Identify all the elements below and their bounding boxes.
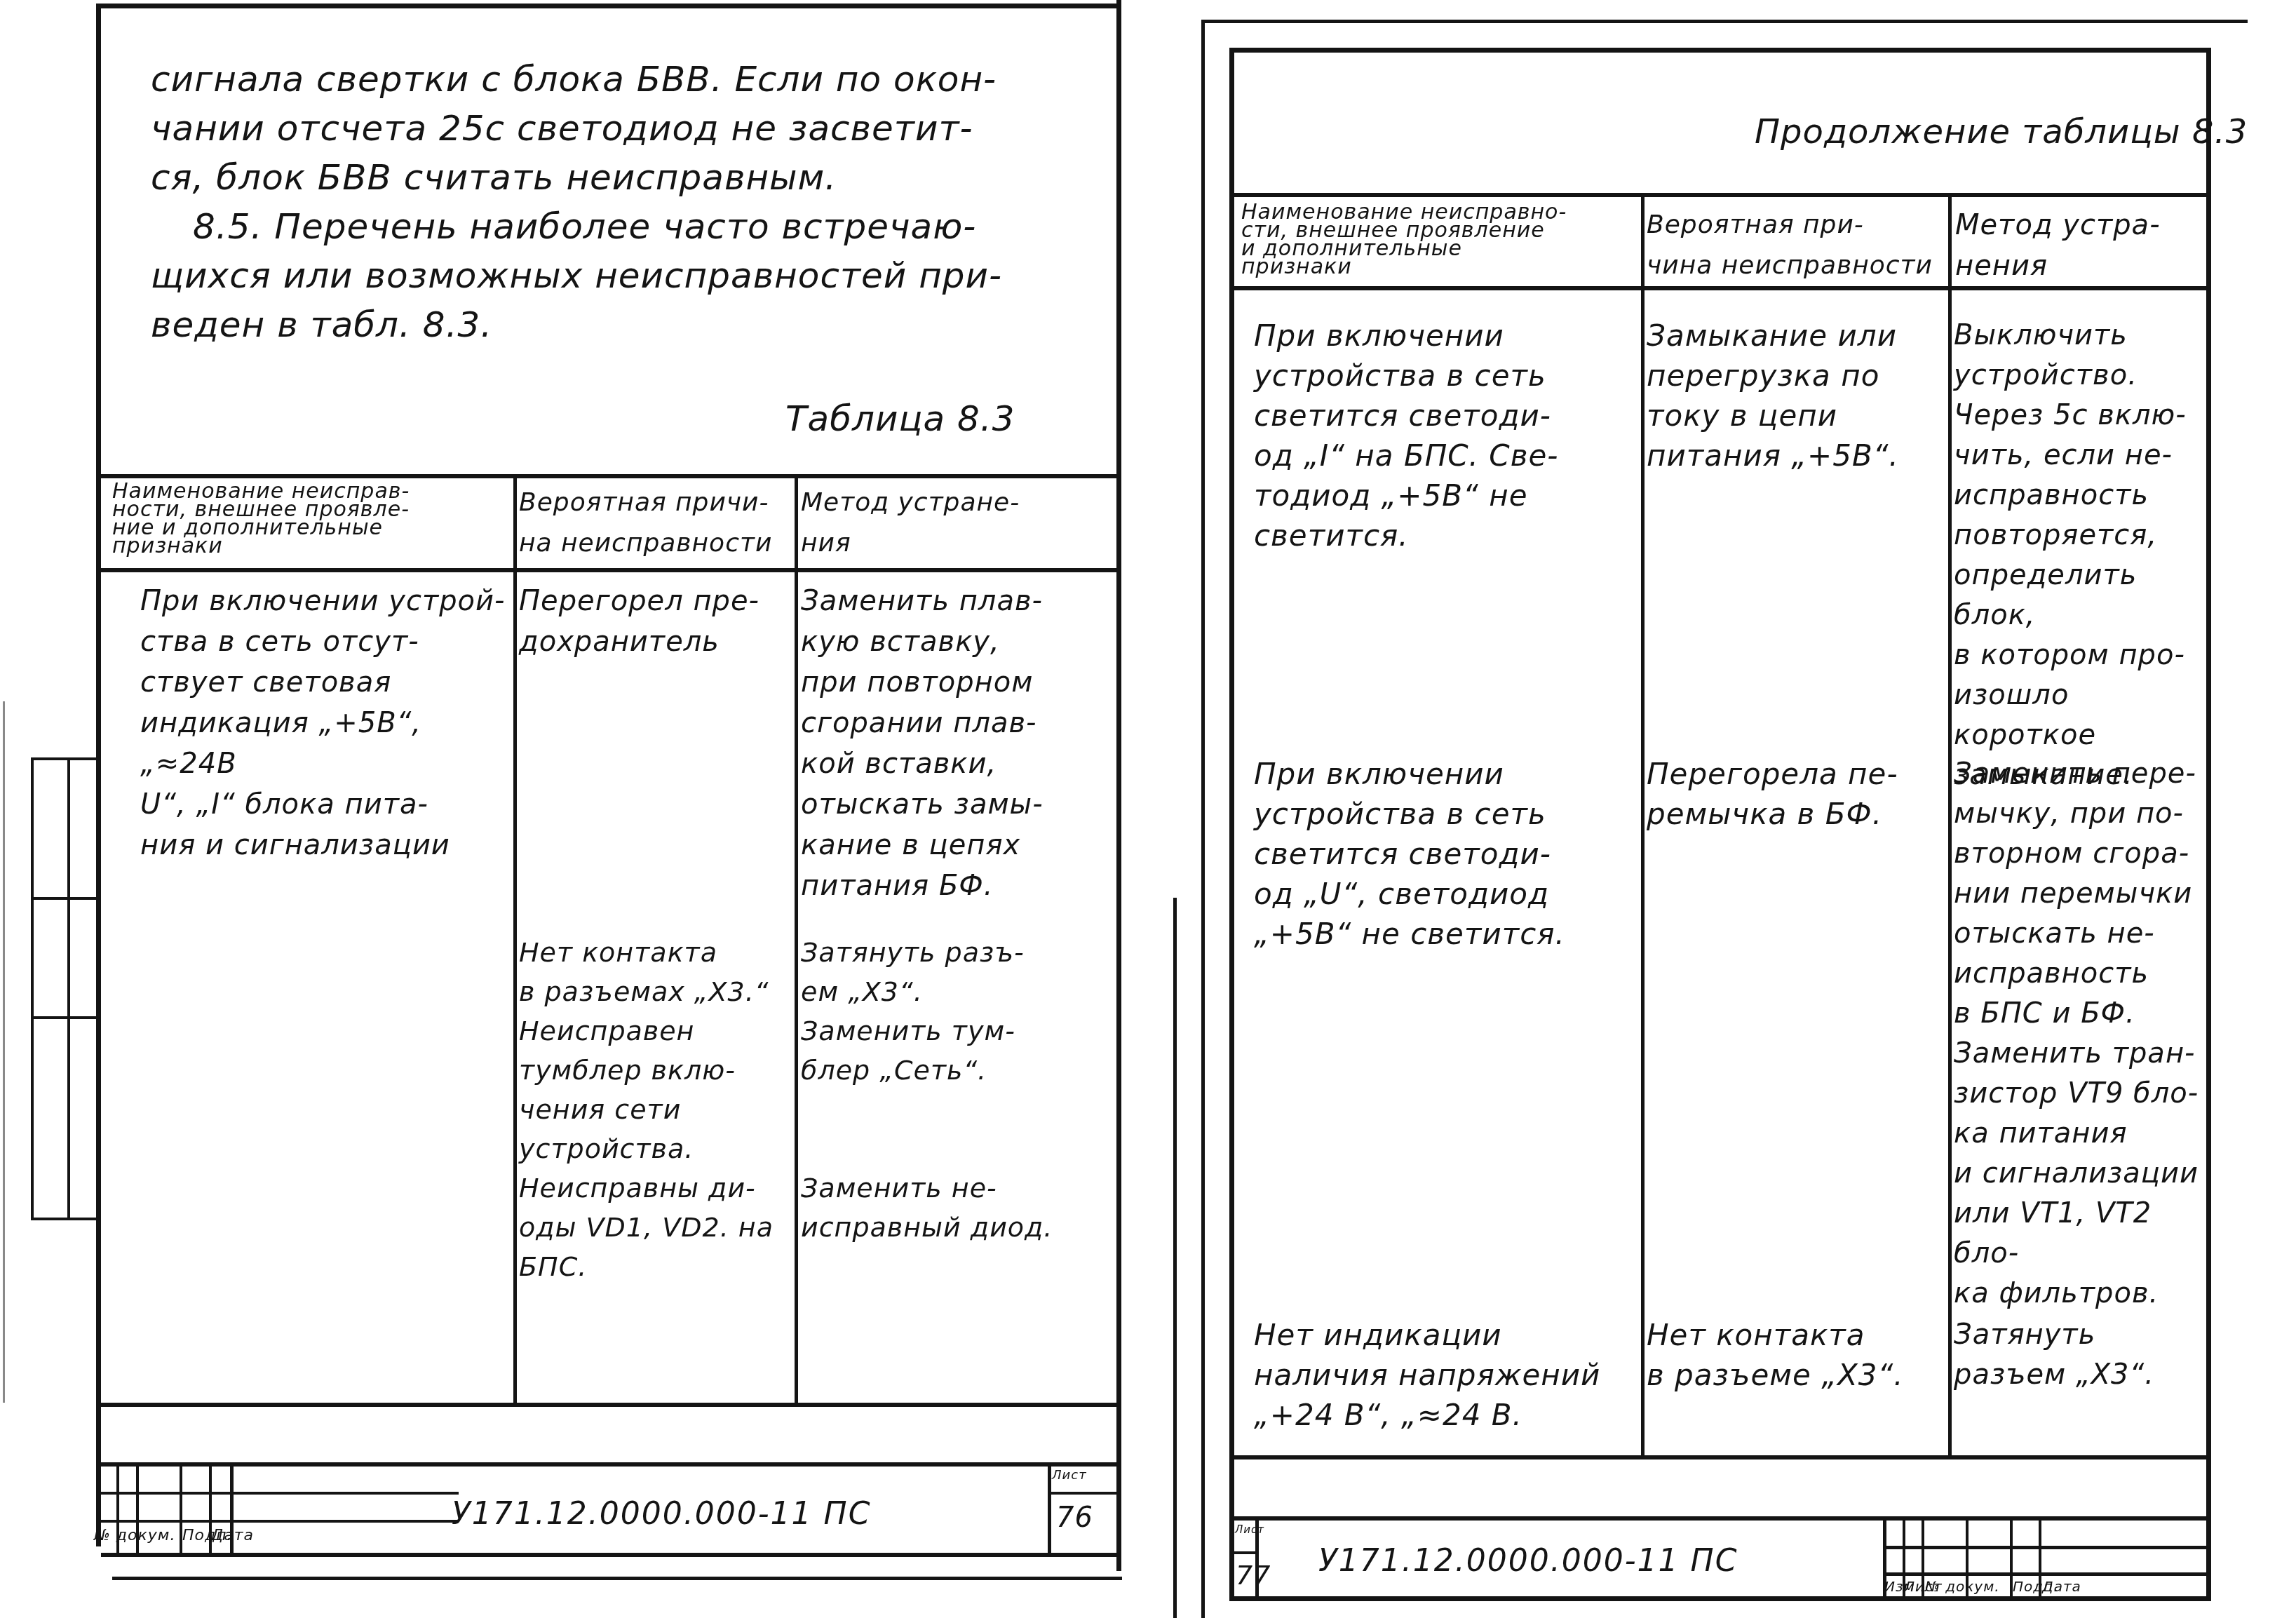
- left-page: сигнала свертки с блока БВВ. Если по око…: [0, 0, 1150, 1618]
- header-remedy: Метод устра- нения: [1955, 205, 2208, 286]
- row-2-cause: Перегорела пе- ремычка в БФ.: [1647, 754, 1948, 834]
- intro-line: веден в табл. 8.3.: [151, 300, 1105, 349]
- left-frame-right: [1116, 0, 1121, 1571]
- doc-code: У171.12.0000.000-11 ПС: [452, 1496, 871, 1532]
- table-bottom-rule: [96, 1403, 1121, 1407]
- col-divider-1: [513, 474, 517, 1407]
- table-top-rule: [96, 474, 1121, 478]
- intro-line: чании отсчета 25с светодиод не засветит-: [151, 104, 1105, 153]
- header-cause: Вероятная при- чина неисправности: [1647, 205, 1948, 286]
- col-label-date: Дата: [2042, 1578, 2081, 1595]
- sheet-number: 76: [1056, 1502, 1093, 1534]
- header-symptom: Наименование неисправ- ности, внешнее пр…: [112, 483, 512, 555]
- row-remedy-2: Затянуть разъ- ем „X3“.: [801, 933, 1116, 1011]
- header-remedy: Метод устране- ния: [801, 483, 1109, 564]
- margin-scan-lines: [3, 701, 5, 1403]
- page-gutter: [1173, 898, 1177, 1618]
- title-block: Лист 77 У171.12.0000.000-11 ПС Изм. Лист…: [1234, 1516, 2211, 1600]
- row-3-symptom: Нет индикации наличия напряжений „+24 В“…: [1254, 1315, 1640, 1435]
- row-1-cause: Замыкание или перегрузка по току в цепи …: [1647, 316, 1948, 476]
- margin-stamp: [31, 757, 101, 1220]
- intro-line: 8.5. Перечень наиболее часто встречаю-: [151, 202, 1105, 251]
- doc-code: У171.12.0000.000-11 ПС: [1318, 1543, 1738, 1579]
- continuation-caption: Продолжение таблицы 8.3: [1755, 112, 2248, 151]
- intro-line: сигнала свертки с блока БВВ. Если по око…: [151, 55, 1105, 104]
- col-divider-2: [1948, 193, 1952, 1459]
- table-top-rule: [1229, 193, 2211, 197]
- right-outer-top: [1201, 20, 2248, 23]
- row-2-symptom: При включении устройства в сеть светится…: [1254, 754, 1640, 954]
- row-cause-1: Перегорел пре- дохранитель: [519, 581, 792, 662]
- row-cause-2: Нет контакта в разъемах „X3.“: [519, 933, 792, 1011]
- row-cause-4: Неисправны ди- оды VD1, VD2. на БПС.: [519, 1168, 792, 1286]
- left-frame-top: [96, 4, 1121, 8]
- row-2-remedy: Заменить пере- мычку, при по- вторном сг…: [1954, 754, 2210, 1314]
- right-outer-left: [1201, 20, 1205, 1618]
- col-divider-2: [795, 474, 798, 1407]
- header-bottom-rule: [96, 568, 1121, 572]
- title-block: № докум. Подп. Дата У171.12.0000.000-11 …: [101, 1462, 1116, 1557]
- col-label-doc: № докум.: [94, 1527, 178, 1544]
- bottom-trim-line: [112, 1577, 1122, 1580]
- row-1-symptom: При включении устройства в сеть светится…: [1254, 316, 1640, 555]
- sheet-number: 77: [1236, 1560, 1271, 1591]
- sheet-label: Лист: [1052, 1468, 1087, 1483]
- row-3-remedy: Затянуть разъем „X3“.: [1954, 1315, 2210, 1395]
- row-symptom: При включении устрой- ства в сеть отсут-…: [140, 581, 512, 865]
- intro-paragraph: сигнала свертки с блока БВВ. Если по око…: [151, 55, 1105, 349]
- col-label-date: Дата: [211, 1527, 254, 1544]
- table-bottom-rule: [1229, 1455, 2211, 1459]
- row-cause-3: Неисправен тумблер вклю- чения сети устр…: [519, 1011, 792, 1168]
- header-cause: Вероятная причи- на неисправности: [519, 483, 792, 564]
- header-symptom: Наименование неисправно- сти, внешнее пр…: [1241, 203, 1641, 276]
- header-bottom-rule: [1229, 286, 2211, 290]
- sheet-label: Лист: [1235, 1523, 1264, 1536]
- col-label-doc: № докум.: [1925, 1578, 2000, 1595]
- row-remedy-3: Заменить тум- блер „Сеть“.: [801, 1011, 1116, 1090]
- col-divider-1: [1641, 193, 1645, 1459]
- row-1-remedy: Выключить устройство. Через 5с вклю- чит…: [1954, 316, 2210, 795]
- row-3-cause: Нет контакта в разъеме „X3“.: [1647, 1315, 1948, 1395]
- right-page: Продолжение таблицы 8.3 Наименование неи…: [1178, 0, 2296, 1618]
- row-remedy-4: Заменить не- исправный диод.: [801, 1168, 1116, 1247]
- intro-line: щихся или возможных неисправностей при-: [151, 251, 1105, 300]
- intro-line: ся, блок БВВ считать неисправным.: [151, 153, 1105, 202]
- table-caption: Таблица 8.3: [785, 398, 1015, 439]
- row-remedy-1: Заменить плав- кую вставку, при повторно…: [801, 581, 1116, 906]
